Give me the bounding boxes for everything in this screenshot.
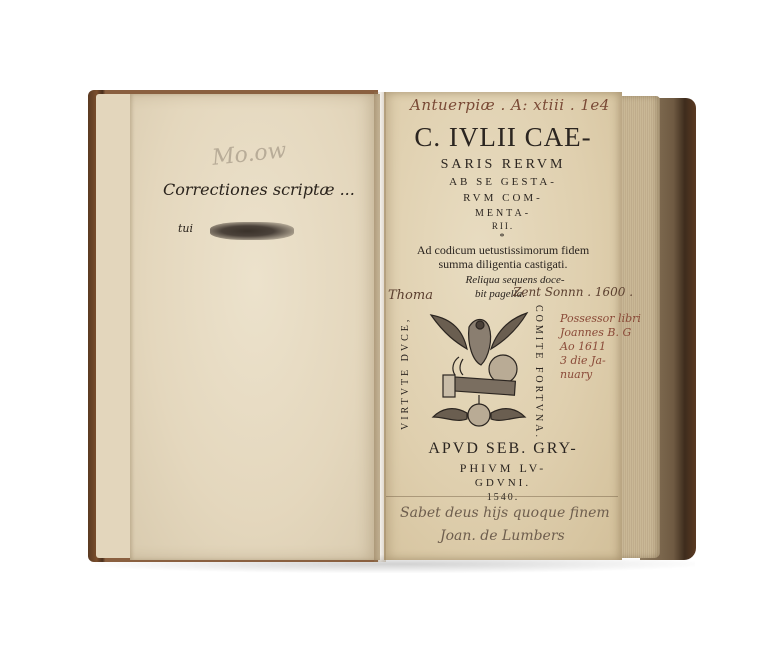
ink-inscription: Correctiones scriptæ ... xyxy=(163,180,355,199)
book-photograph: Mo.ow Correctiones scriptæ ... tui Antue… xyxy=(0,0,768,651)
ink-inscription-line2: tui xyxy=(178,222,193,235)
imprint-line-1: APVD SEB. GRY- xyxy=(384,440,622,458)
top-inscription: Antuerpiæ . A: xtiii . 1e4 xyxy=(410,96,610,114)
possessor-note: Possessor libri Joannes B. G Ao 1611 3 d… xyxy=(560,312,641,382)
title-line-1: C. IVLII CAE- xyxy=(384,122,622,153)
bottom-inscription-2: Joan. de Lumbers xyxy=(440,528,565,544)
title-line-6: RII. xyxy=(384,221,622,231)
ink-blot xyxy=(210,222,294,240)
inscription-thoma: Thoma xyxy=(388,288,433,303)
pasted-slip-edge xyxy=(386,496,618,497)
subtitle-line-1: Ad codicum uetustissimorum fidem xyxy=(390,243,616,258)
imprint-year: 1540. xyxy=(384,492,622,503)
imprint-line-2: PHIVM LV- xyxy=(384,461,622,476)
imprint-line-3: GDVNI. xyxy=(384,477,622,489)
bottom-inscription-1: Sabet deus hijs quoque finem xyxy=(400,505,610,521)
motto-left: VIRTVTE DVCE, xyxy=(400,320,414,430)
ornament: * xyxy=(384,232,622,243)
title-line-2: SARIS RERVM xyxy=(384,157,622,173)
title-line-5: MENTA- xyxy=(384,208,622,219)
subtitle-line-2: summa diligentia castigati. xyxy=(390,257,616,272)
inscription-zent: Zent Sonnn . 1600 . xyxy=(513,285,633,299)
printer-device-icon xyxy=(423,305,535,433)
title-line-4: RVM COM- xyxy=(384,192,622,204)
title-line-3: AB SE GESTA- xyxy=(384,176,622,188)
